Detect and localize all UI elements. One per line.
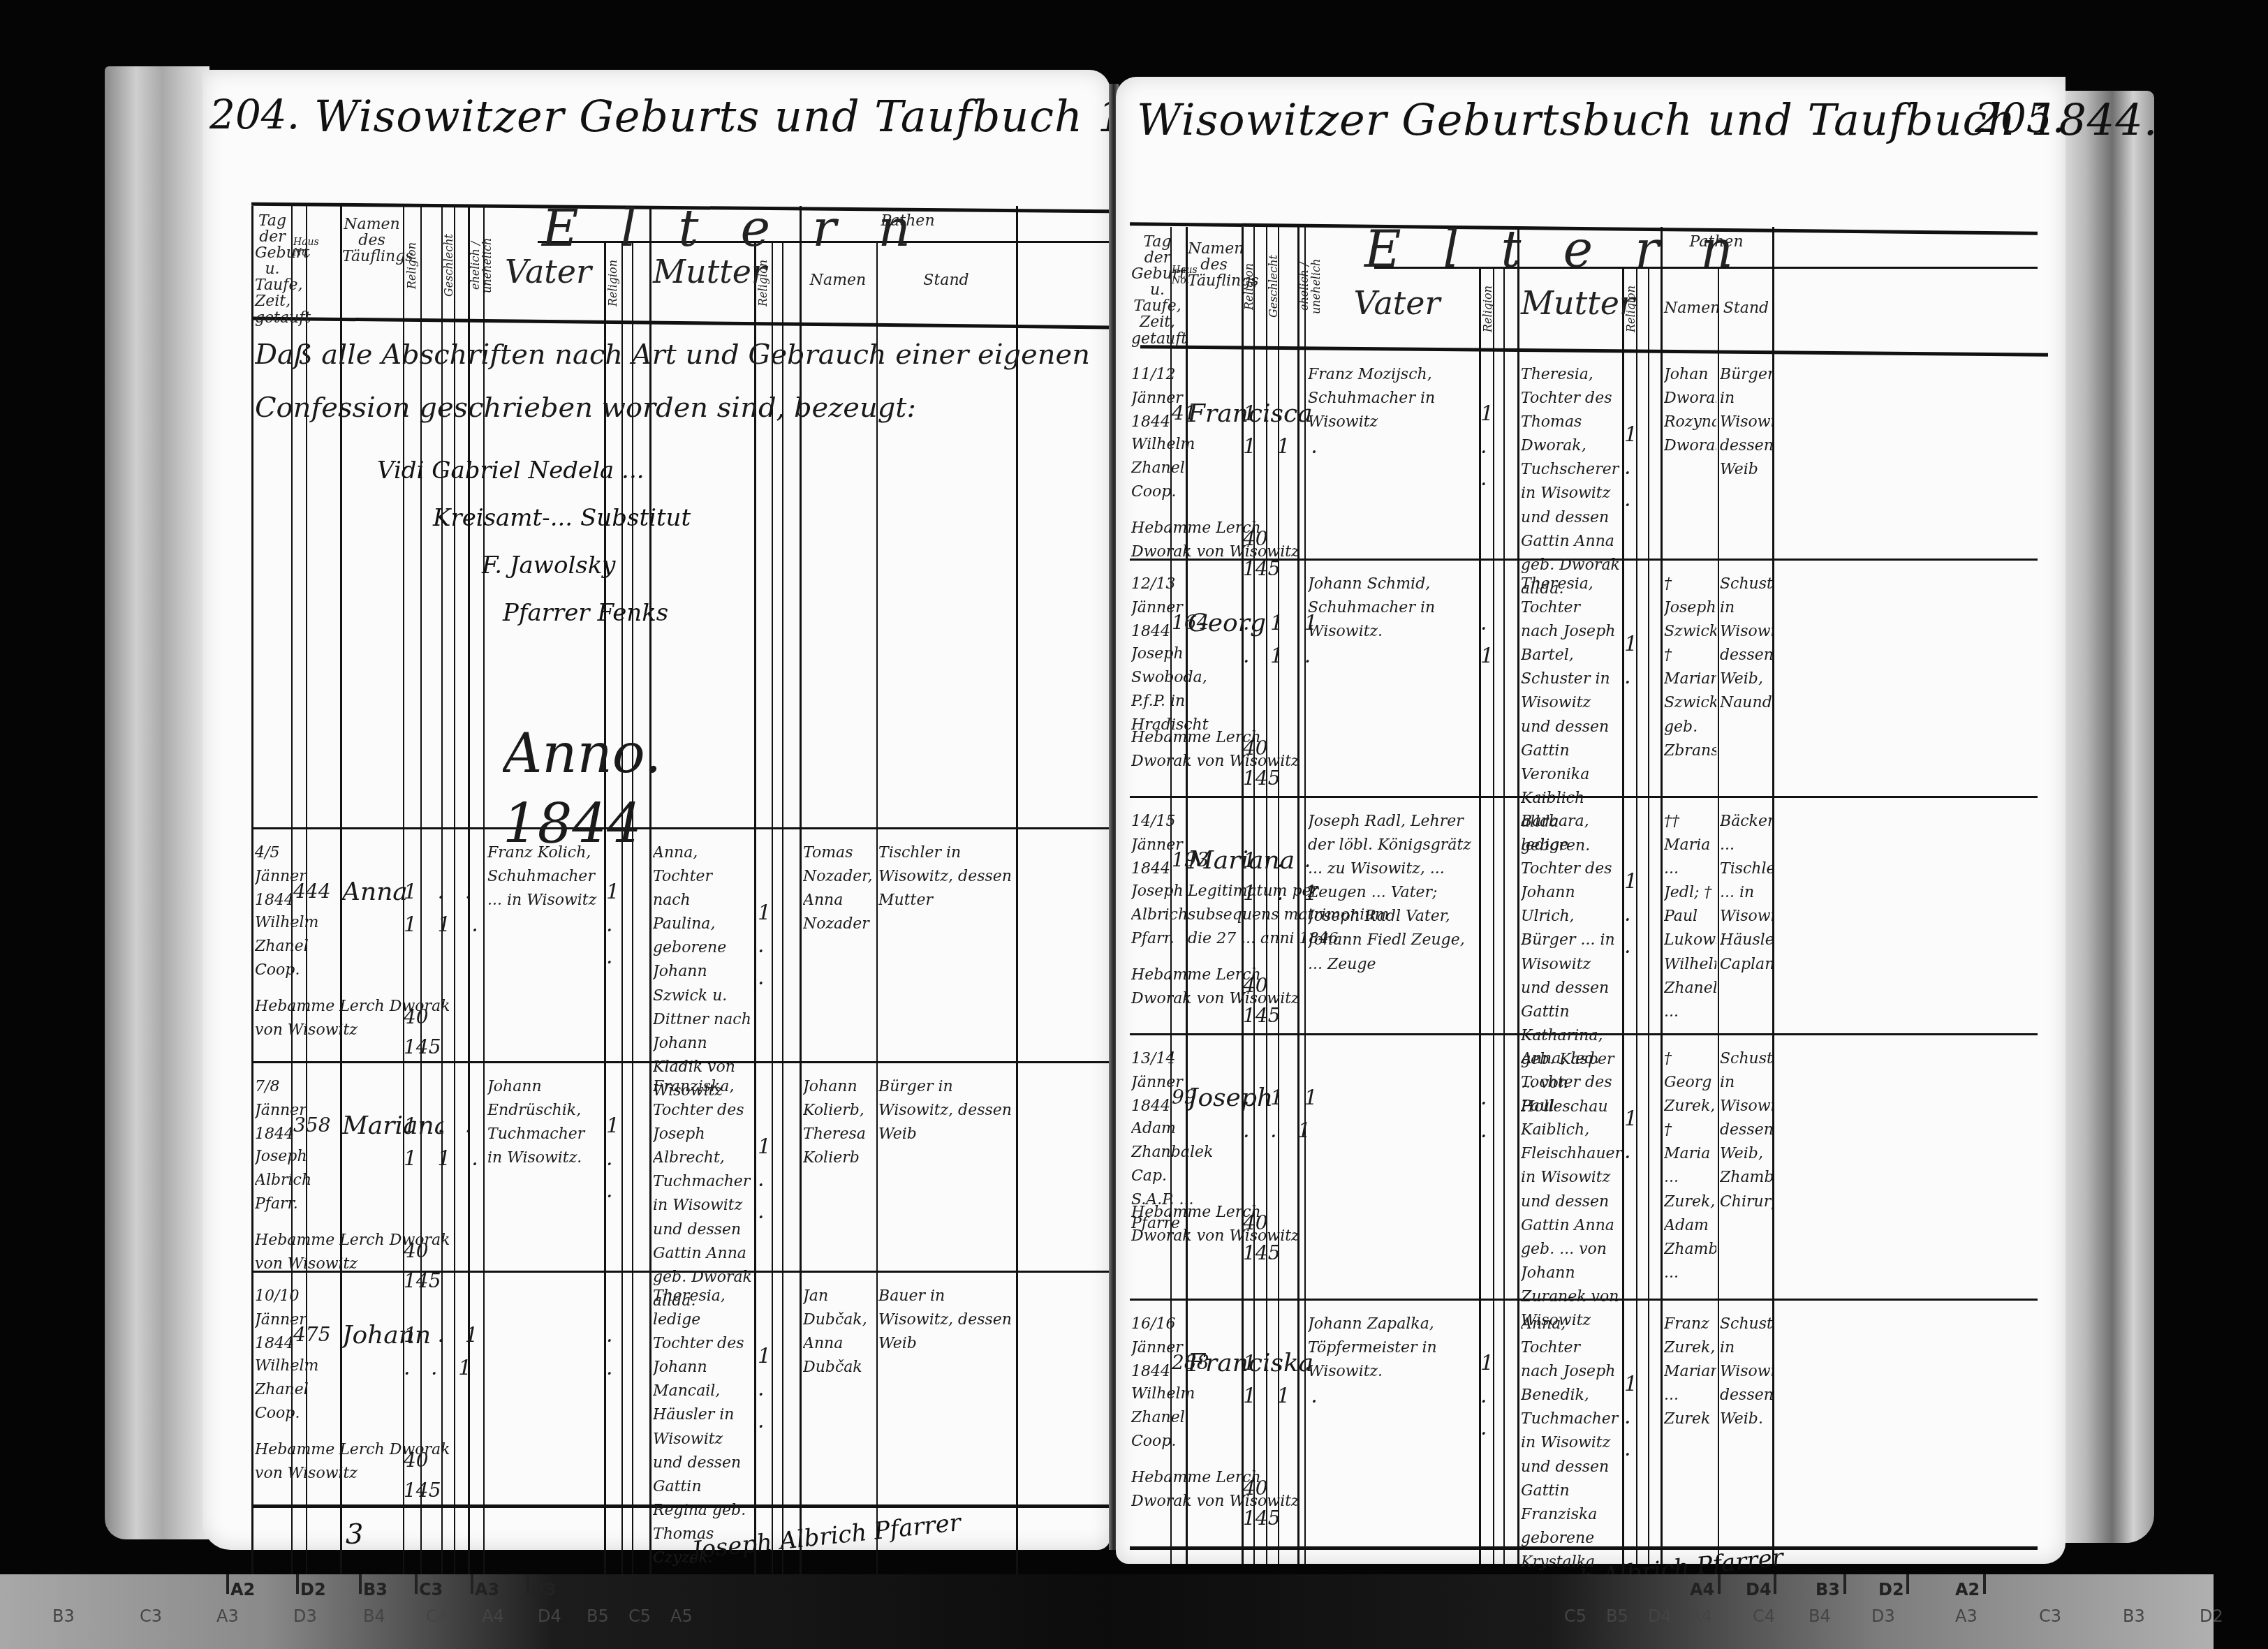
father-religion-marks: . 1 [1480,607,1501,672]
religion-sex-legitimacy-marks: 1 . . 1 1 . [404,876,494,941]
ruler-label: D3 [531,1580,557,1599]
father: Johann Endrüschik, Tuchmacher in Wisowit… [487,1075,603,1170]
ruler-label: A3 [475,1580,499,1599]
godparent-status: Schuster in Wisowitz, dessen Weib. [1720,1312,1772,1431]
godparents: Tomas Nozader, Anna Nozader [803,841,875,936]
mother: Anna, Tochter nach Paulina, geborene Joh… [653,841,754,1103]
godparent-status: Bürger in Wisowitz, dessen Weib [878,1075,1015,1146]
house-extra: 40 145 [404,1002,441,1063]
header-religion: Religion [1244,234,1255,339]
godparent-status: Schuster in Wisowitz, dessen Weib, Zhamb… [1720,1047,1772,1214]
header-mother-religion: Religion [758,248,769,318]
ruler-label: C4 [1753,1606,1775,1626]
ruler-label: C5 [628,1606,651,1626]
header-godparent-name: Namen [1664,300,1716,316]
godparents: †† Maria ... Jedl; † Paul Lukowsky, Wilh… [1664,810,1716,1024]
ruler-label: B3 [363,1580,388,1599]
house-extra: 40 145 [404,1445,441,1506]
godparents: Jan Dubčak, Anna Dubčak [803,1285,875,1380]
ruler-label: B4 [363,1606,385,1626]
header-father: Vater [1318,286,1475,320]
officiant: Wilhelm Zhanel Coop. [255,1354,318,1426]
ruler-label: D2 [1878,1580,1904,1599]
attestation-note: Daß alle Abschriften nach Art und Gebrau… [255,328,1107,434]
ruler-label: D2 [2200,1606,2223,1626]
mother: Franziska, Tochter des Joseph Albrecht, … [653,1075,754,1313]
mother-religion-marks: 1 . . [1624,866,1644,963]
scanned-register-image: 204. Wisowitzer Geburts und Taufbuch 184… [0,0,2268,1649]
ruler-label: B3 [1816,1580,1840,1599]
ruler-tick [359,1574,362,1594]
note-line: Daß alle Abschriften nach Art und Gebrau… [255,328,1107,381]
ruler-label: B3 [2123,1606,2145,1626]
religion-sex-legitimacy-marks: 1 . 1 . . 1 [404,1319,494,1384]
ruler-label: A4 [1690,1606,1712,1626]
father-religion-marks: 1 . . [606,876,626,974]
mother-religion-marks: 1 . [1624,1103,1644,1168]
ruler-label: B3 [52,1606,75,1626]
header-godparent-status: Stand [1720,300,1772,316]
ruler-label: A2 [230,1580,255,1599]
godparents: Johan Dworak, Rozyna Dworak [1664,363,1716,458]
officiant: Wilhelm Zhanel Coop. [255,911,318,982]
ruler-tick [1774,1574,1776,1594]
ruler-label: D4 [1648,1606,1672,1626]
ruler-label: B4 [1809,1606,1831,1626]
left-page: 204. Wisowitzer Geburts und Taufbuch 184… [202,70,1110,1550]
header-mother: Mutter [1521,286,1622,320]
ruler-tick [415,1574,418,1594]
house-extra: 40 145 [1243,524,1280,584]
godparents: Johann Kolierb, Theresa Kolierb [803,1075,875,1170]
header-sex: Geschlecht [1268,234,1280,339]
religion-sex-legitimacy-marks: 1 . . 1 1 . [404,1110,494,1175]
ruler-label: A4 [482,1606,504,1626]
house-number: 444 [293,876,330,906]
ruler-label: C3 [419,1580,443,1599]
father-religion-marks: . . [1480,1082,1494,1147]
midwife: Hebamme Lerch Dworak von Wisowitz [1131,1201,1311,1248]
ruler-label: B5 [587,1606,609,1626]
ruler-label: B5 [1606,1606,1628,1626]
midwife: Hebamme Lerch Dworak von Wisowitz [1131,963,1311,1011]
mother-religion-marks: 1 . . [758,1131,778,1229]
ruler-tick [1906,1574,1909,1594]
page-title: Wisowitzer Geburts und Taufbuch 1844. [314,91,1225,142]
folio-number: 204. [209,91,300,138]
officiant: Joseph Albrich Pfarr. [255,1145,318,1216]
ruler-label: D4 [1746,1580,1772,1599]
father-religion-marks: 1 . . [606,1110,626,1208]
ruler-label: A5 [670,1606,693,1626]
midwife: Hebamme Lerch Dworak von Wisowitz [1131,1466,1311,1514]
house-number: 475 [293,1319,330,1349]
father: Johann Zapalka, Töpfermeister in Wisowit… [1308,1312,1479,1384]
attestation-signature: Vidi Gabriel Nedela ... Kreisamt-... Sub… [377,447,691,637]
mother-religion-marks: 1 . [1624,628,1644,693]
ruler-label: A2 [1955,1580,1980,1599]
note-line: Confession geschrieben worden sind, beze… [255,381,1107,434]
mother-religion-marks: 1 . . [758,897,778,995]
ruler-tick [471,1574,473,1594]
circled-number: 3 [346,1518,363,1551]
house-extra: 40 145 [1243,1208,1280,1269]
ruler-tick [1983,1574,1986,1594]
header-house-no: Haus No. [1172,265,1186,286]
ruler-label: C5 [1564,1606,1586,1626]
father-religion-marks: . . [606,1319,620,1384]
father-religion-marks: 1 . . [1480,398,1501,496]
godparent-status: Tischler in Wisowitz, dessen Mutter [878,841,1015,912]
officiant: Wilhelm Zhanel Coop. [1131,433,1212,504]
mother: Theresia, ledige Tochter des Johann Manc… [653,1285,754,1570]
header-date: Tag der Geburt u. Taufe, Zeit, getauft [255,213,290,326]
ruler-tick [526,1574,529,1594]
father: Joseph Radl, Lehrer der löbl. Königsgrät… [1308,810,1479,977]
header-godparent-status: Stand [880,272,1012,288]
father: Franz Kolich, Schuhmacher ... in Wisowit… [487,841,603,912]
book-edge-left [105,66,209,1539]
ruler-label: C3 [140,1606,162,1626]
father-religion-marks: 1 . . [1480,1347,1501,1445]
officiant: Wilhelm Zhanel Coop. [1131,1382,1212,1454]
midwife: Hebamme Lerch Dworak von Wisowitz [1131,517,1311,564]
header-house-no: Haus No. [293,237,306,258]
father: Franz Mozijsch, Schuhmacher in Wisowitz [1308,363,1479,434]
mother: Anna, led. Tochter des Paul Kaiblich, Fl… [1521,1047,1622,1333]
header-date: Tag der Geburt u. Taufe, Zeit, getauft [1131,234,1184,347]
ruler-label: D4 [538,1606,561,1626]
godparent-status: Bäcker ... Tischler ... in Wisowitz, Häu… [1720,810,1772,977]
mother-religion-marks: 1 . . [1624,1368,1644,1466]
header-mother-religion: Religion [1626,276,1637,342]
header-godparents: Pathen [1664,234,1769,250]
ruler-label: A4 [1690,1580,1714,1599]
scale-ruler: A2D2B3C3A3D3B3C3A3D3B4C4A4D4B5C5A5C5B5D4… [0,1574,2214,1649]
house-extra: 40 145 [1243,970,1280,1031]
ruler-tick [1718,1574,1721,1594]
ruler-tick [226,1574,229,1594]
header-legitimacy: ehelich / unehelich [470,216,494,314]
ruler-label: D3 [1871,1606,1895,1626]
folio-number: 205. [1975,94,2065,142]
godparent-status: Schuster in Wisowitz, dessen Weib, Naund… [1720,572,1772,716]
godparents: † Georg Zurek, † Maria ... Zurek, Adam Z… [1664,1047,1716,1285]
mother-religion-marks: 1 . . [1624,419,1644,517]
header-child-name: Namen des Täuflings [342,216,402,265]
header-child-name: Namen des Täuflings [1188,241,1240,289]
right-page: Wisowitzer Geburtsbuch und Taufbuch 1844… [1116,77,2065,1564]
header-father: Vater [496,255,601,288]
mother-religion-marks: 1 . . [758,1340,778,1438]
ruler-label: C4 [426,1606,448,1626]
godparents: † Joseph Szwick, † Mariana Szwick, geb. … [1664,572,1716,763]
header-father-religion: Religion [607,248,619,318]
header-mother: Mutter [653,255,754,288]
ruler-label: D2 [300,1580,326,1599]
godparents: Franz Zurek, Marianna ... Zurek [1664,1312,1716,1431]
father: Johann Schmid, Schuhmacher in Wisowitz. [1308,572,1479,644]
house-number: 358 [293,1110,330,1140]
house-extra: 40 145 [404,1236,441,1296]
godparent-status: Bauer in Wisowitz, dessen Weib [878,1285,1015,1356]
mother: Anna, Tochter nach Joseph Benedik, Tuchm… [1521,1312,1622,1598]
header-religion: Religion [406,216,418,314]
header-godparents: Pathen [803,213,1012,229]
ruler-label: A3 [1955,1606,1978,1626]
anno-year: Anno. 1844 [503,719,712,861]
ruler-label: A3 [216,1606,239,1626]
mother: Theresia, Tochter des Thomas Dworak, Tuc… [1521,363,1622,601]
ruler-tick [1843,1574,1846,1594]
godparent-status: Bürger in Wisowitz, dessen Weib [1720,363,1772,482]
header-sex: Geschlecht [443,216,455,314]
house-extra: 40 145 [1243,733,1280,794]
religion-sex-legitimacy-marks: . 1 1 . . 1 [1243,1082,1330,1147]
ruler-label: C3 [2039,1606,2061,1626]
midwife: Hebamme Lerch Dworak von Wisowitz [1131,726,1311,774]
house-extra: 40 145 [1243,1473,1280,1534]
header-godparent-name: Namen [803,272,873,288]
officiant: Joseph Swoboda, P.f.P. in Hradischt [1131,642,1212,737]
ruler-label: D3 [293,1606,317,1626]
ruler-tick [296,1574,299,1594]
header-father-religion: Religion [1482,276,1494,342]
